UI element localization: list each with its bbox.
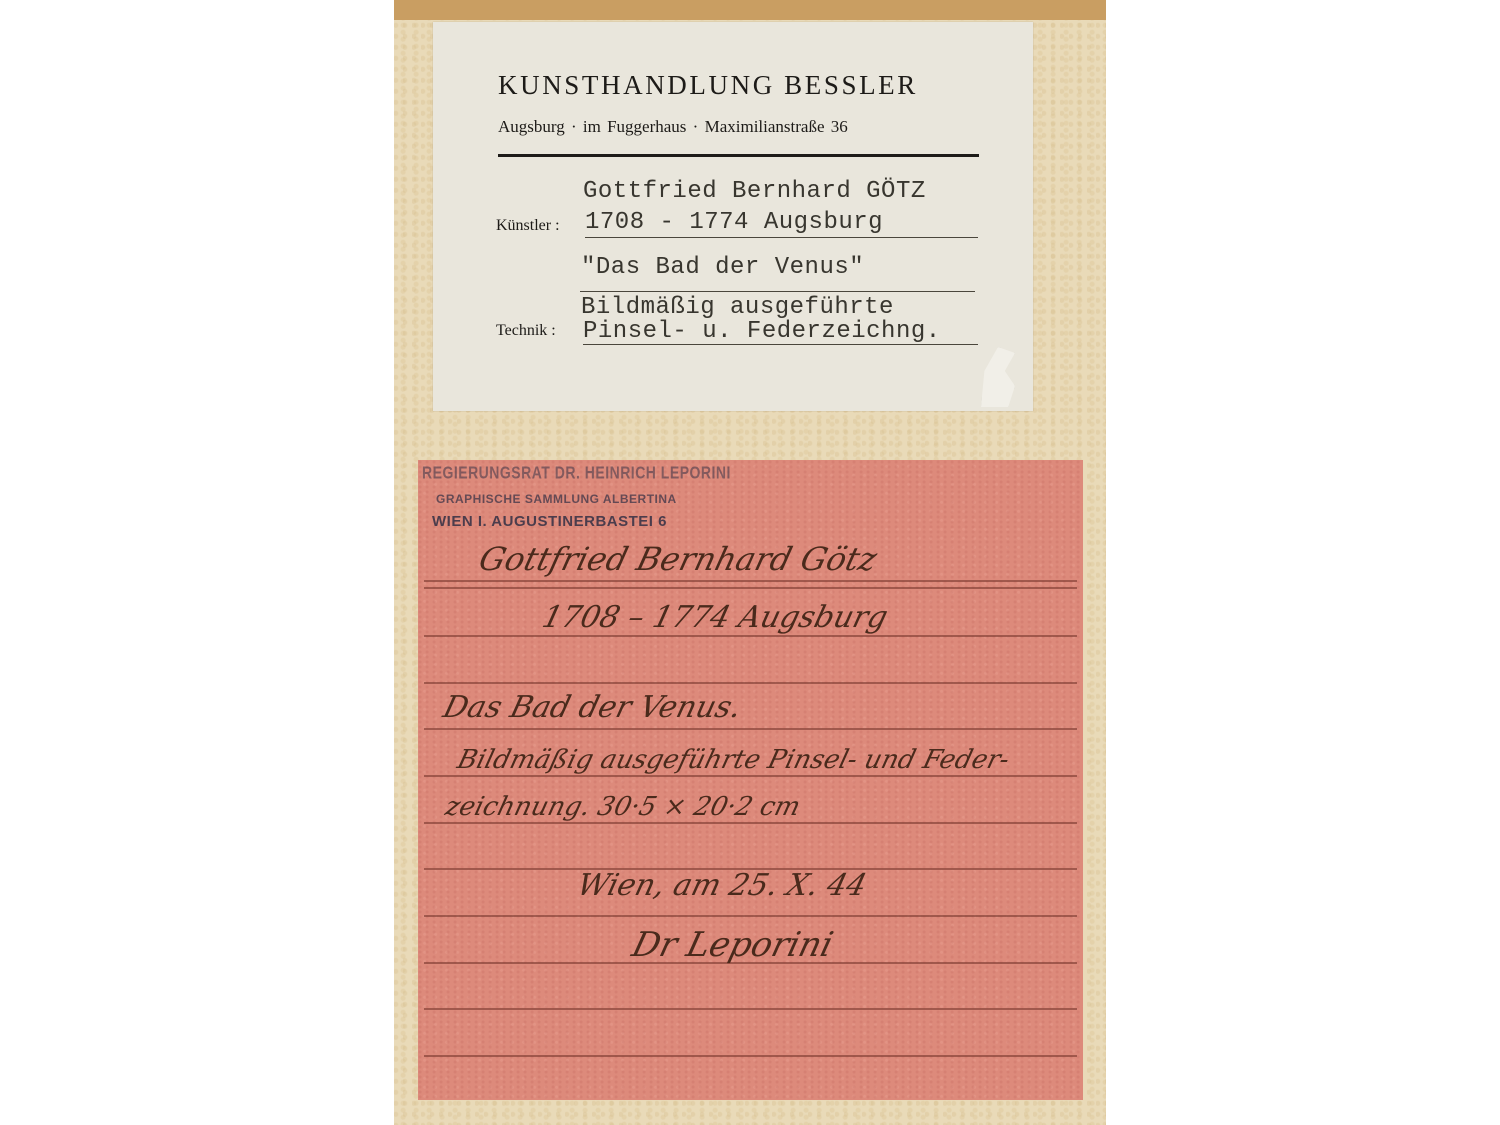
- dealer-label-card: KUNSTHANDLUNG BESSLER Augsburg · im Fugg…: [433, 22, 1033, 411]
- technique-line1-typed: Bildmäßig ausgeführte: [581, 294, 894, 321]
- stamp-line3: WIEN I. AUGUSTINERBASTEI 6: [432, 513, 667, 530]
- ruled-line: [424, 728, 1077, 730]
- handwritten-artist-name: Gottfried Bernhard Götz: [475, 540, 881, 578]
- board-top-strip: [394, 0, 1106, 20]
- ruled-line: [424, 1055, 1077, 1057]
- ruled-line: [424, 587, 1077, 589]
- stamp-line1: REGIERUNGSRAT DR. HEINRICH LEPORINI: [422, 462, 731, 482]
- handwritten-signature: Dr Leporini: [628, 925, 837, 965]
- handwritten-artist-dates: 1708 – 1774 Augsburg: [539, 600, 892, 635]
- handwritten-place-date: Wien, am 25. X. 44: [574, 868, 871, 903]
- torn-corner: [981, 347, 1015, 407]
- title-typed: "Das Bad der Venus": [581, 254, 864, 281]
- ruled-line: [424, 635, 1077, 637]
- handwritten-description-line1: Bildmäßig ausgeführte Pinsel- und Feder-: [454, 745, 1012, 775]
- ruled-line: [424, 822, 1077, 824]
- dealer-address: Augsburg · im Fuggerhaus · Maximilianstr…: [498, 117, 848, 137]
- technique-field-label: Technik :: [496, 322, 556, 340]
- artist-field-label: Künstler :: [496, 217, 560, 235]
- stamp-line2: GRAPHISCHE SAMMLUNG ALBERTINA: [436, 492, 677, 506]
- handwritten-description-line2: zeichnung. 30·5 × 20·2 cm: [442, 792, 803, 822]
- technique-rule: [583, 344, 978, 345]
- artist-name-typed: Gottfried Bernhard GÖTZ: [583, 178, 926, 205]
- dealer-name: KUNSTHANDLUNG BESSLER: [498, 70, 918, 101]
- artist-rule: [585, 237, 978, 238]
- ruled-line: [424, 775, 1077, 777]
- expertise-label-card: REGIERUNGSRAT DR. HEINRICH LEPORINI GRAP…: [418, 460, 1083, 1100]
- ruled-line: [424, 580, 1077, 582]
- artist-dates-typed: 1708 - 1774 Augsburg: [585, 209, 883, 236]
- header-rule: [498, 154, 979, 157]
- technique-line2-typed: Pinsel- u. Federzeichng.: [583, 318, 941, 345]
- handwritten-title: Das Bad der Venus.: [440, 690, 745, 725]
- title-rule: [580, 291, 975, 292]
- ruled-line: [424, 915, 1077, 917]
- ruled-line: [424, 682, 1077, 684]
- ruled-line: [424, 1008, 1077, 1010]
